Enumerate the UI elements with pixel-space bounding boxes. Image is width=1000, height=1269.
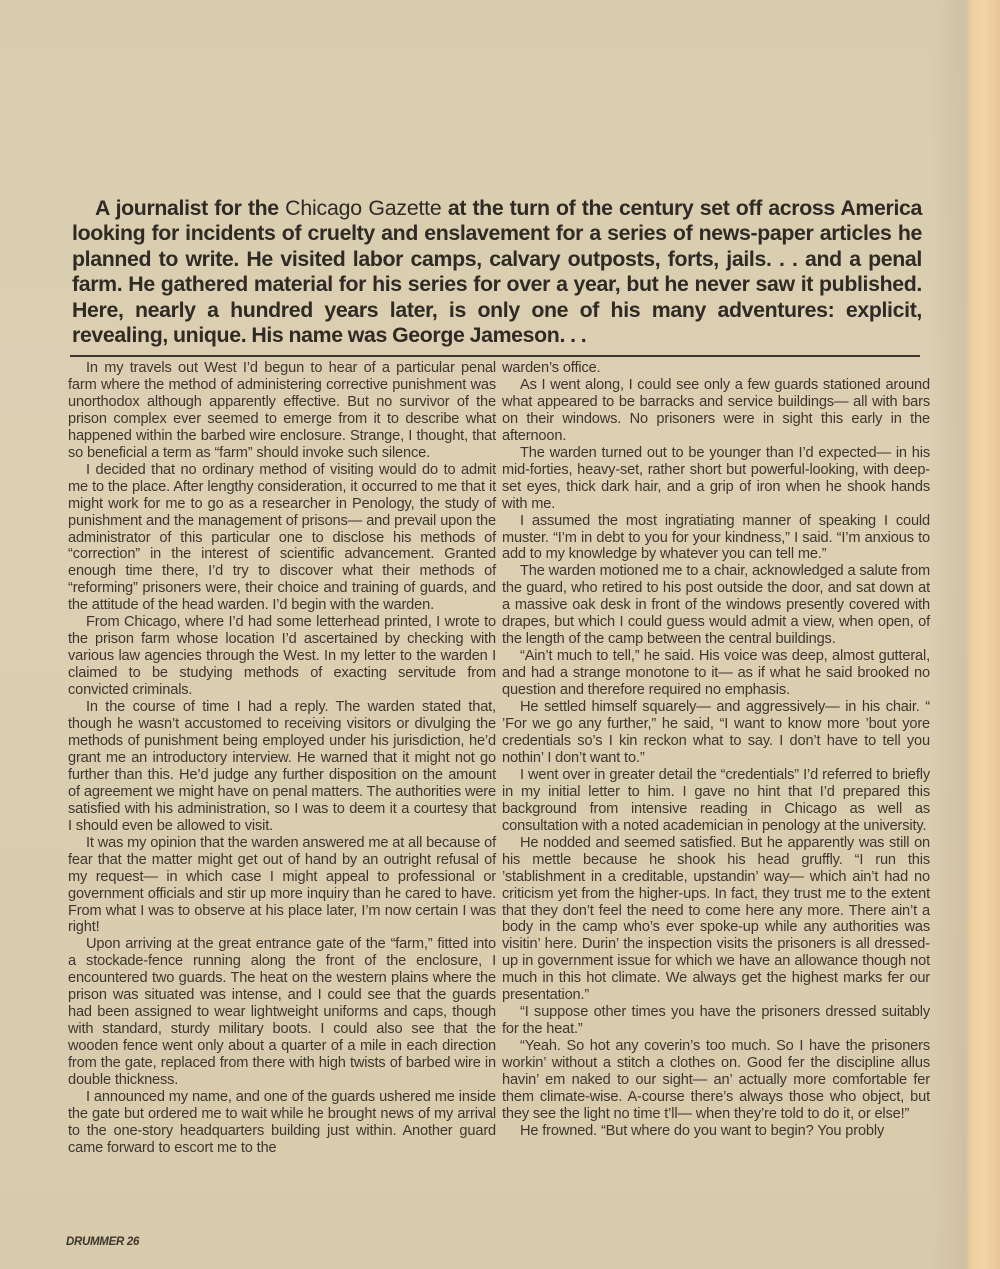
intro-divider-rule [70, 355, 920, 357]
paragraph: From Chicago, where I’d had some letterh… [68, 614, 496, 699]
article-column-right: warden’s office. As I went along, I coul… [502, 360, 930, 1140]
paragraph: I assumed the most ingratiating manner o… [502, 513, 930, 564]
paragraph: I announced my name, and one of the guar… [68, 1089, 496, 1157]
page-folio: DRUMMER 26 [66, 1236, 139, 1248]
paragraph: “I suppose other times you have the pris… [502, 1004, 930, 1038]
paragraph: The warden motioned me to a chair, ackno… [502, 563, 930, 648]
paragraph: In my travels out West I’d begun to hear… [68, 360, 496, 462]
intro-text-part1: A journalist for the [95, 196, 285, 220]
paragraph: As I went along, I could see only a few … [502, 377, 930, 445]
paragraph: I went over in greater detail the “crede… [502, 767, 930, 835]
magazine-page: A journalist for the Chicago Gazette at … [0, 0, 1000, 1269]
publication-name: Chicago Gazette [285, 196, 441, 220]
paragraph: He nodded and seemed satisfied. But he a… [502, 835, 930, 1005]
paragraph: He frowned. “But where do you want to be… [502, 1123, 930, 1140]
paragraph-continuation: warden’s office. [502, 360, 930, 377]
paragraph: I decided that no ordinary method of vis… [68, 462, 496, 615]
paragraph: It was my opinion that the warden answer… [68, 835, 496, 937]
paragraph: “Yeah. So hot any coverin’s too much. So… [502, 1038, 930, 1123]
paragraph: Upon arriving at the great entrance gate… [68, 936, 496, 1089]
intro-blurb: A journalist for the Chicago Gazette at … [72, 196, 922, 348]
paragraph: He settled himself squarely— and aggress… [502, 699, 930, 767]
article-column-left: In my travels out West I’d begun to hear… [68, 360, 496, 1157]
paragraph: The warden turned out to be younger than… [502, 445, 930, 513]
paragraph: “Ain’t much to tell,” he said. His voice… [502, 648, 930, 699]
paragraph: In the course of time I had a reply. The… [68, 699, 496, 835]
